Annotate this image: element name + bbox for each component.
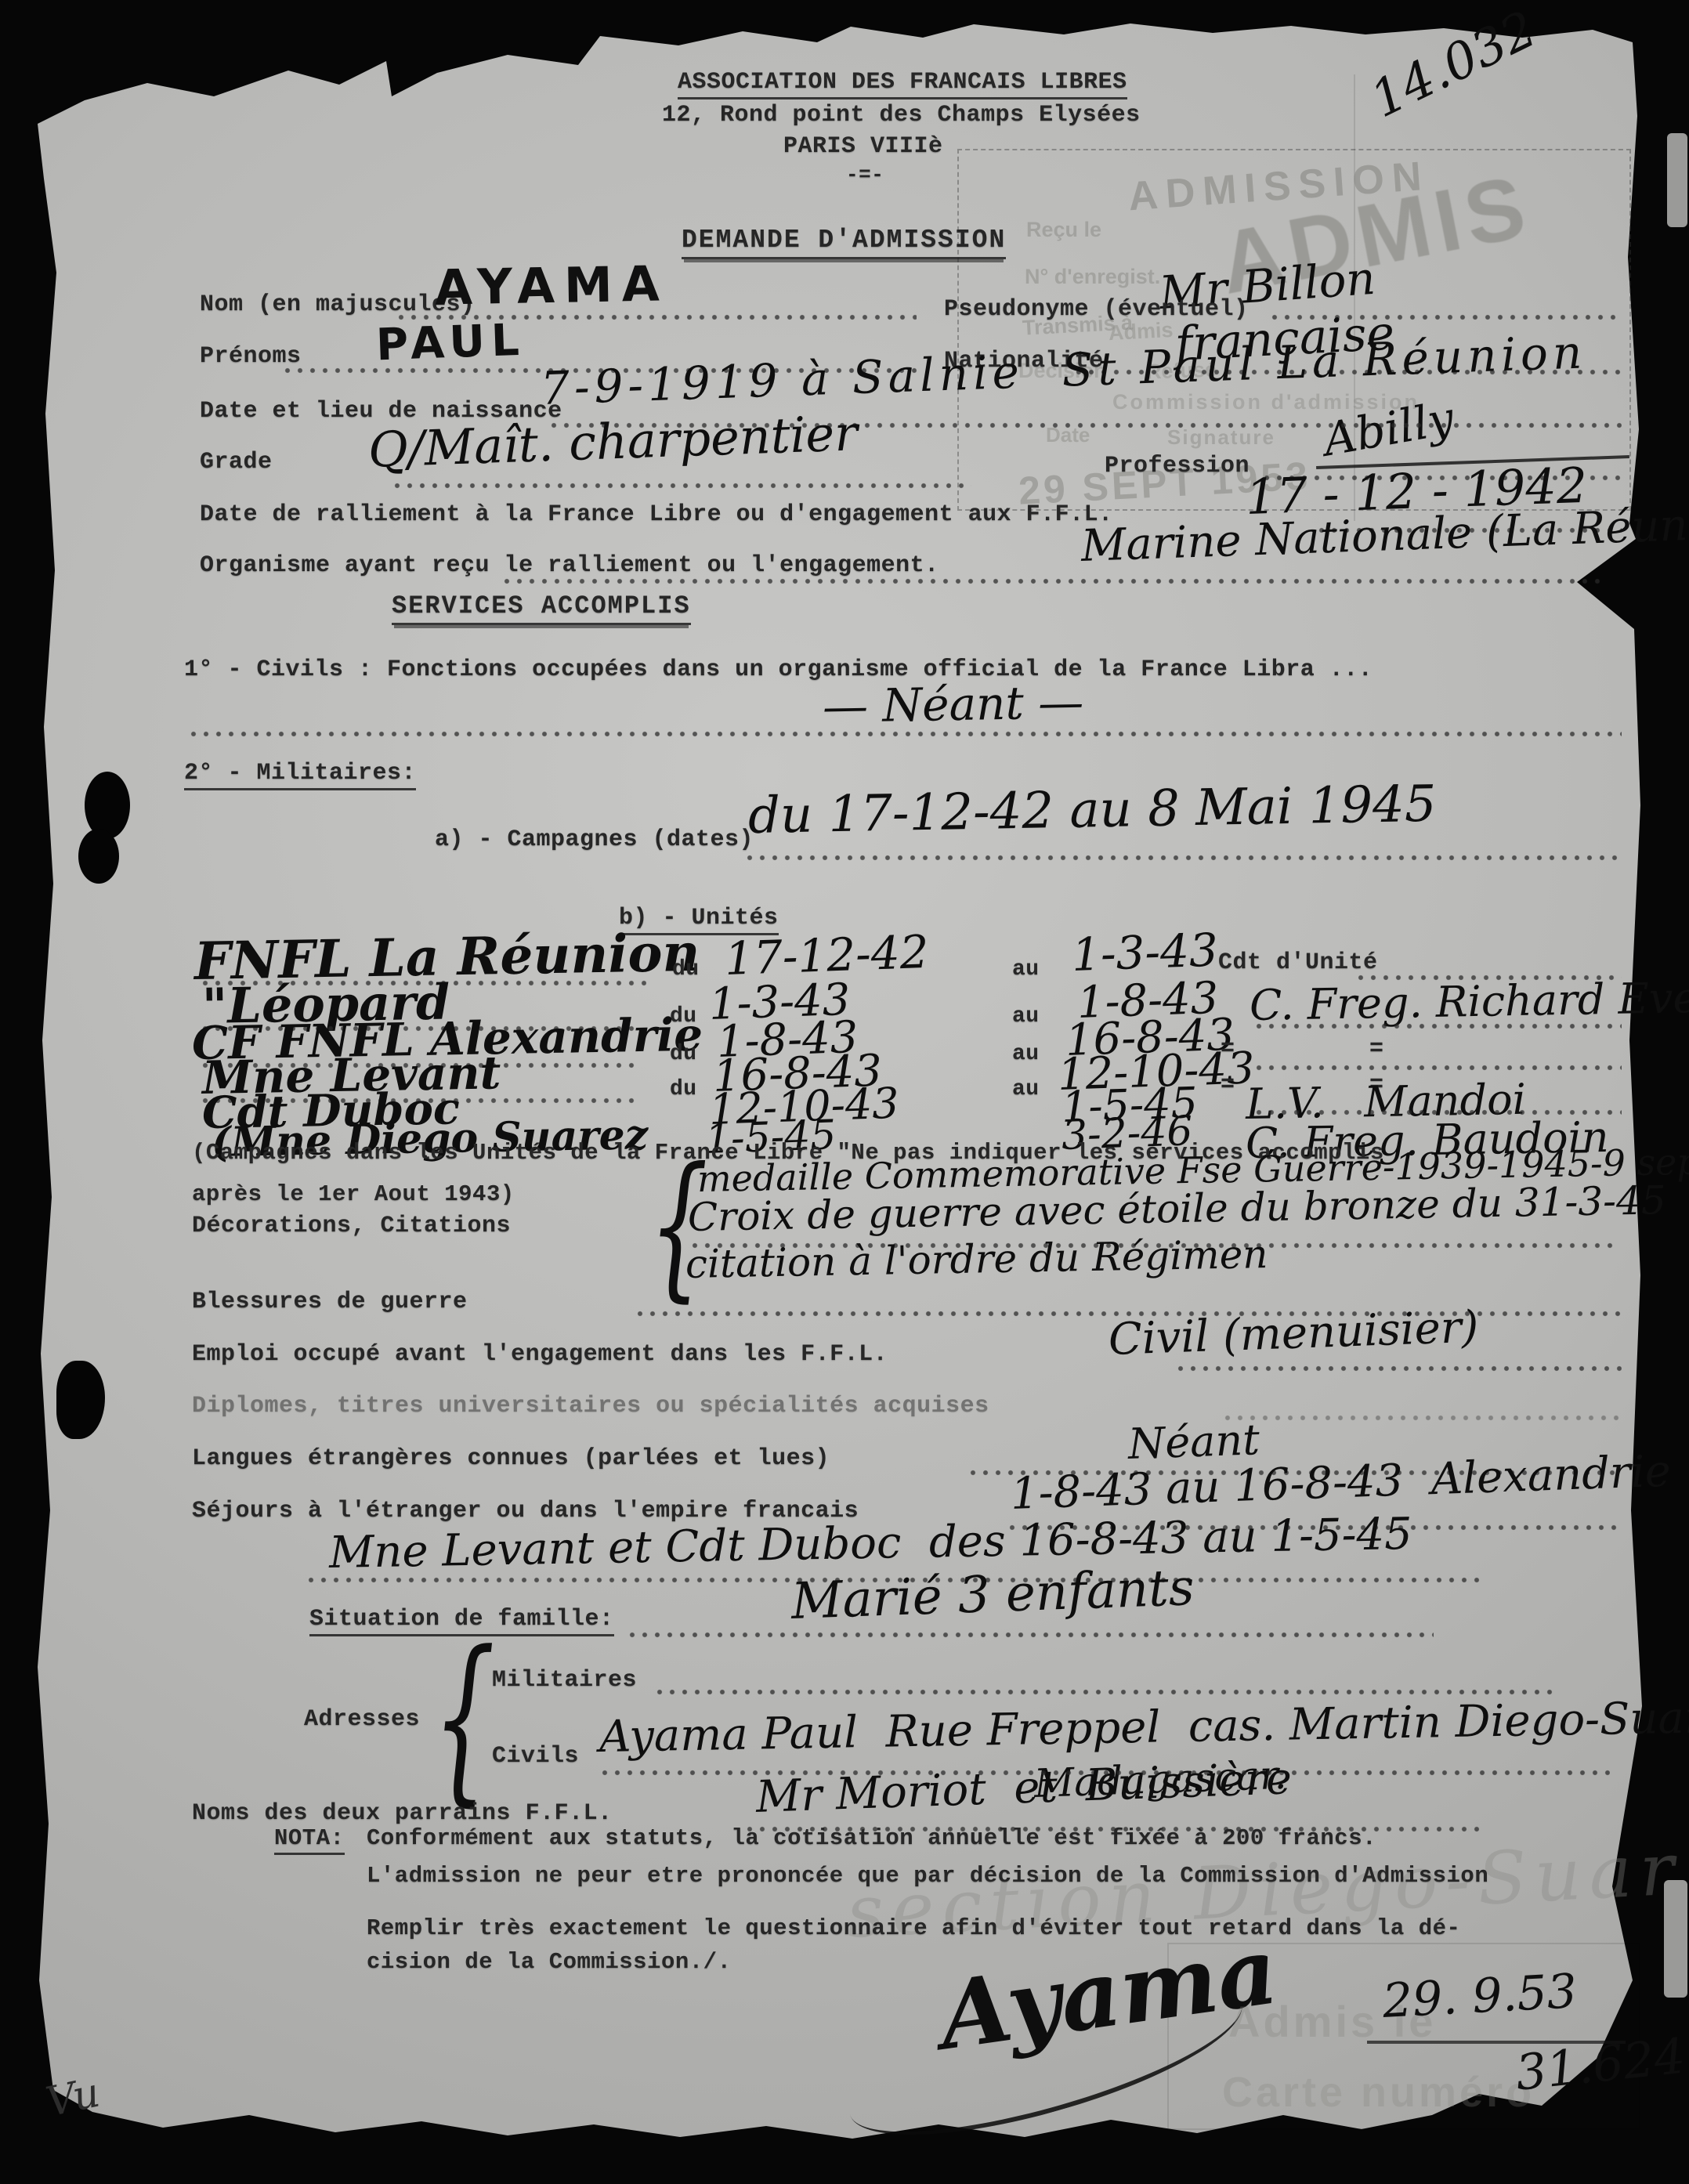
nota-line-2: L'admission ne peur etre prononcée que p… — [367, 1863, 1488, 1889]
recu-le-label: Reçu le — [1026, 218, 1101, 242]
profession-label: Profession — [1105, 453, 1250, 479]
punch-hole — [85, 772, 130, 839]
diplomes-label: Diplomes, titres universitaires ou spéci… — [192, 1393, 989, 1419]
emploi-label: Emploi occupé avant l'engagement dans le… — [192, 1341, 888, 1368]
adresses-militaires-label: Militaires — [492, 1667, 637, 1694]
parrains-label: Noms des deux parrains F.F.L. — [192, 1800, 613, 1827]
campagnes-note-2: après le 1er Aout 1943) — [192, 1181, 515, 1207]
services-heading: SERVICES ACCOMPLIS — [392, 591, 691, 625]
org-address: 12, Rond point des Champs Elysées — [662, 102, 1141, 128]
dotted-leader — [1253, 1064, 1622, 1072]
dotted-leader — [188, 730, 1622, 738]
du-label: du — [670, 1077, 697, 1101]
au-label: au — [1012, 1042, 1040, 1066]
dotted-leader — [1222, 1414, 1622, 1422]
adresses-brace: { — [432, 1614, 495, 1823]
cdt-unite-label: Cdt d'Unité — [1218, 949, 1378, 976]
nota-label: NOTA: — [274, 1825, 345, 1855]
militaires-label: 2° - Militaires: — [184, 760, 416, 790]
carte-numero-label: Carte numéro — [1222, 2068, 1535, 2117]
civils-value: — Néant — — [822, 675, 1083, 733]
au-label: au — [1012, 957, 1040, 982]
header-separator: -=- — [846, 163, 884, 186]
num-enregist-label: N° d'enregist. — [1025, 265, 1160, 289]
dotted-leader — [1253, 1022, 1622, 1030]
dotted-leader — [744, 854, 1622, 862]
grade-label: Grade — [200, 449, 273, 475]
dotted-leader — [392, 482, 971, 490]
ditto-mark: = — [1369, 1036, 1384, 1062]
civils-label: 1° - Civils : Fonctions occupées dans un… — [184, 656, 1373, 683]
nota-line-3: Remplir très exactement le questionnaire… — [367, 1915, 1460, 1941]
nota-line-1: Conformément aux statuts, la cotisation … — [367, 1825, 1376, 1851]
au-label: au — [1012, 1004, 1040, 1029]
prenoms-value: PAUL — [375, 315, 526, 371]
unit-cdt: C. Freg. Richard Evenou — [1249, 971, 1689, 1030]
org-city: PARIS VIIIè — [783, 133, 943, 160]
du-label: du — [672, 957, 700, 982]
scanned-document-page: ASSOCIATION DES FRANCAIS LIBRES 12, Rond… — [0, 0, 1689, 2184]
blessures-label: Blessures de guerre — [192, 1289, 468, 1315]
langues-label: Langues étrangères connues (parlées et l… — [192, 1445, 830, 1472]
dotted-leader — [654, 1688, 1555, 1696]
prenoms-label: Prénoms — [200, 343, 302, 370]
torn-edge-fragment — [1667, 133, 1687, 227]
adresses-label: Adresses — [304, 1706, 420, 1733]
organisme-label: Organisme ayant reçu le ralliement ou l'… — [200, 552, 939, 579]
au-label: au — [1012, 1077, 1040, 1101]
dotted-leader — [627, 1631, 1434, 1639]
org-name: ASSOCIATION DES FRANCAIS LIBRES — [678, 69, 1127, 99]
admis-le-value: 29. 9.53 — [1381, 1964, 1578, 2029]
ditto-mark: = — [1221, 1072, 1235, 1098]
dotted-leader — [501, 577, 1606, 585]
decorations-label: Décorations, Citations — [192, 1213, 511, 1239]
form-title: DEMANDE D'ADMISSION — [682, 226, 1006, 259]
punch-hole — [78, 829, 119, 884]
adresses-civils-label: Civils — [492, 1743, 579, 1770]
campagnes-label: a) - Campagnes (dates) — [435, 826, 754, 853]
ralliement-label: Date de ralliement à la France Libre ou … — [200, 501, 1113, 528]
nom-value: AYAMA — [434, 255, 669, 316]
du-label: du — [670, 1042, 697, 1066]
campagnes-value: du 17-12-42 au 8 Mai 1945 — [747, 776, 1437, 845]
dotted-leader — [1175, 1365, 1622, 1372]
nota-line-4: cision de la Commission./. — [367, 1949, 731, 1975]
vu-mark: Vu — [42, 2070, 104, 2127]
